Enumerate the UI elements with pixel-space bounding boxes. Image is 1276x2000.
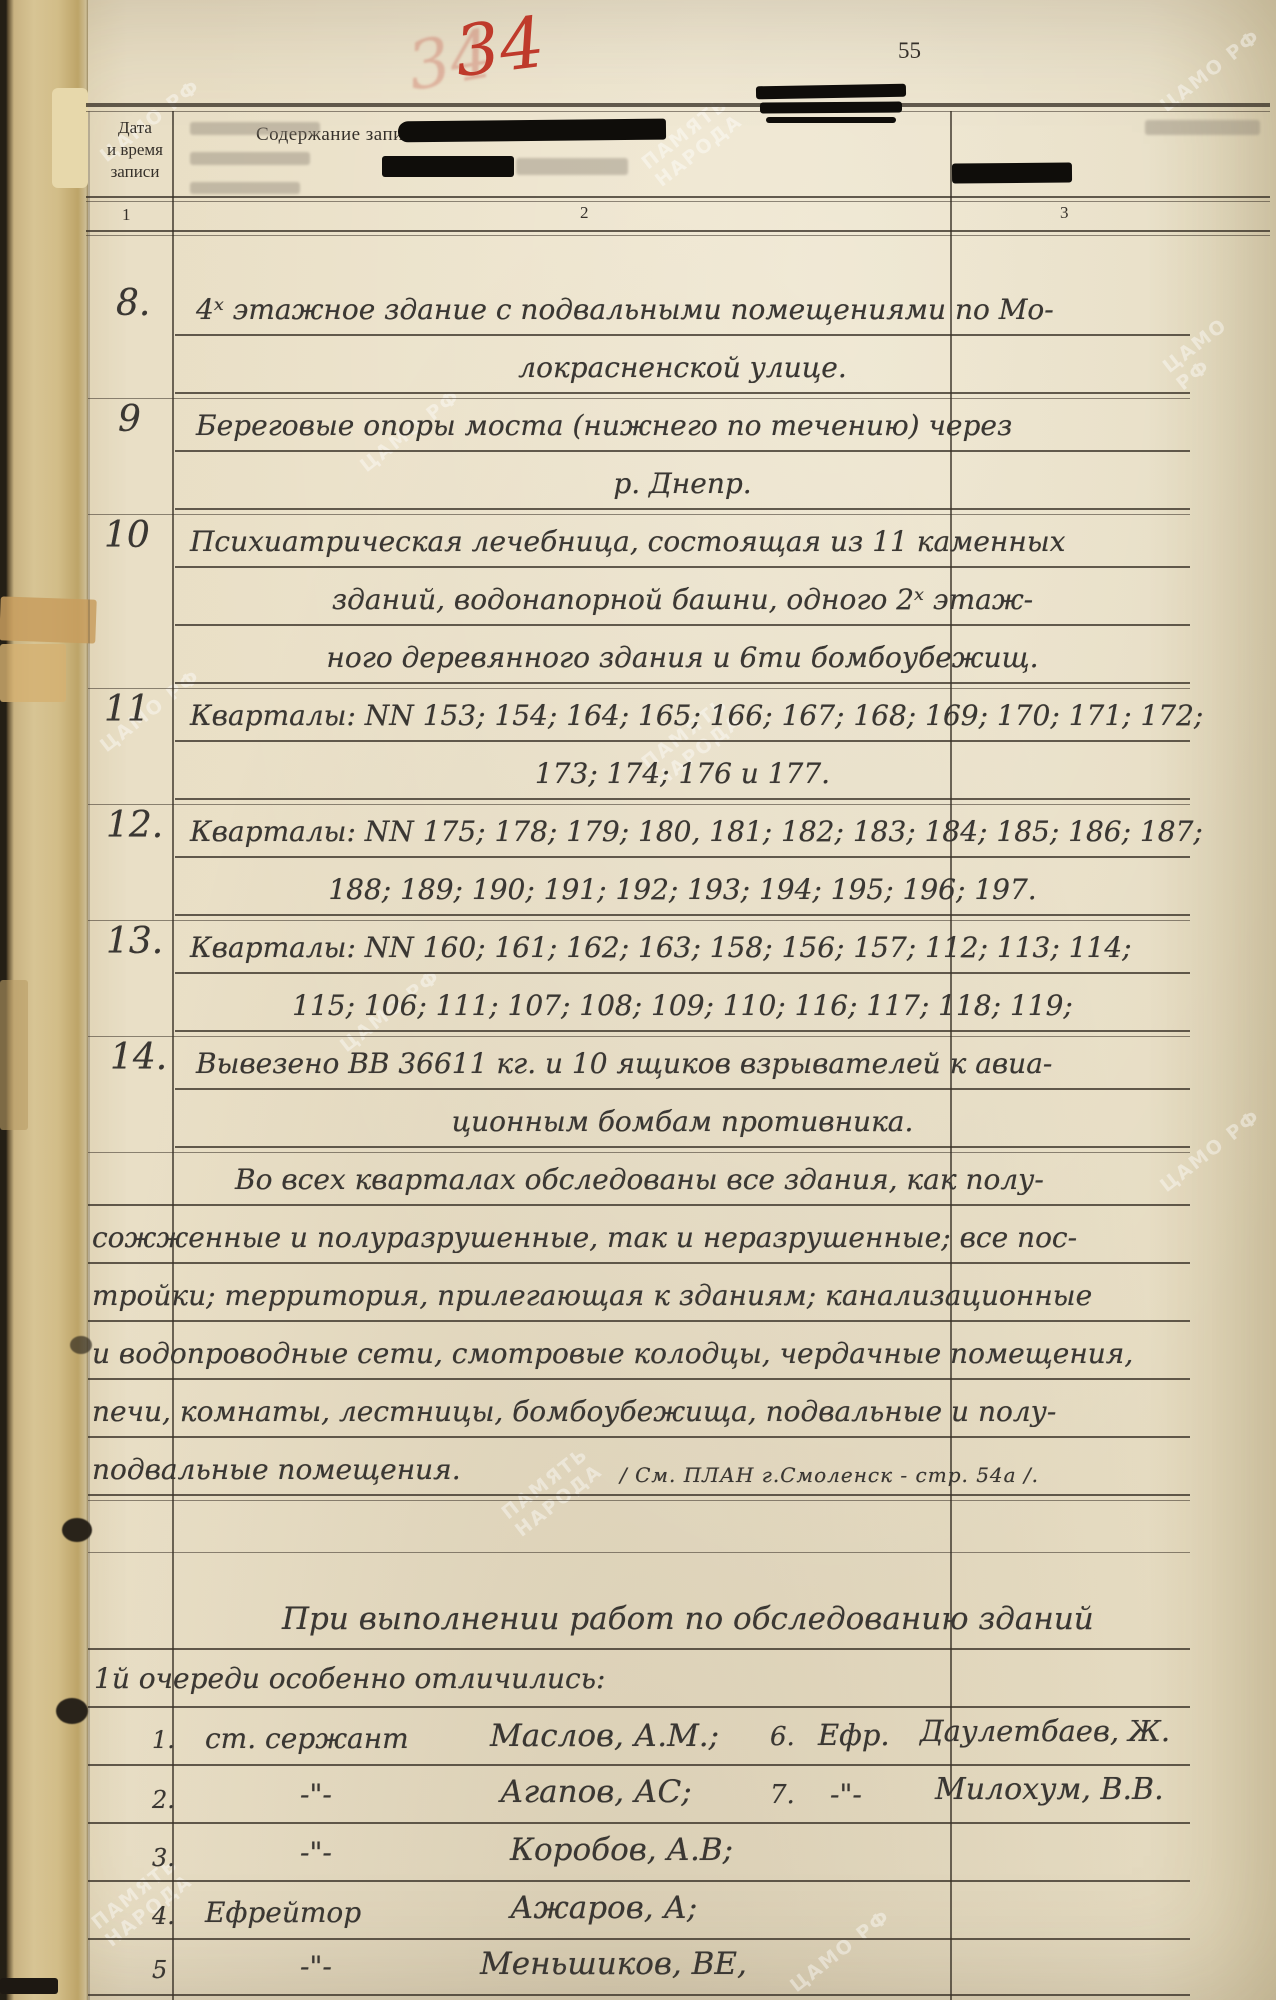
col1-header-line: записи: [98, 162, 172, 182]
rule-line: [88, 1994, 1190, 1996]
rule-line: [175, 914, 1190, 916]
roster-row-number: 7.: [770, 1780, 795, 1810]
entry-13-number: 13.: [106, 921, 163, 962]
redaction-bar: [398, 119, 666, 143]
rule-line: [88, 1436, 1190, 1438]
roster-rank-ditto: -"-: [300, 1836, 332, 1869]
entry-11-line-2: 173; 174; 176 и 177.: [175, 757, 1190, 790]
rule-line: [86, 196, 1270, 198]
closing-line-2: 1й очереди особенно отличились:: [94, 1662, 605, 1695]
rule-line: [88, 920, 1190, 921]
roster-name: Маслов, А.М.;: [490, 1718, 719, 1754]
rule-line: [175, 740, 1190, 742]
roster-rank: Ефр.: [818, 1718, 890, 1752]
punch-hole: [56, 1698, 88, 1724]
roster-row-number: 6.: [770, 1722, 795, 1752]
redaction-bar: [382, 156, 514, 177]
rule-line: [88, 1494, 1190, 1496]
rule-line: [175, 856, 1190, 858]
roster-rank: Ефрейтор: [205, 1896, 361, 1929]
entry-10-line-2: зданий, водонапорной башни, одного 2ˣ эт…: [175, 583, 1190, 616]
rule-line: [88, 1262, 1190, 1264]
redaction-bar: [760, 102, 902, 114]
roster-rank: ст. сержант: [205, 1722, 409, 1755]
tape-stain: [0, 596, 97, 643]
erased-smudge: [190, 152, 310, 165]
roster-name: Меньшиков, ВЕ,: [480, 1946, 747, 1982]
red-folio-number: 34: [450, 1, 548, 93]
column-number-1: 1: [122, 205, 131, 225]
entry-9-line-1: Береговые опоры моста (нижнего по течени…: [196, 409, 1012, 442]
entry-10-number: 10: [104, 515, 150, 556]
rule-line: [88, 1648, 1190, 1650]
rule-line: [88, 1500, 1190, 1501]
roster-rank-ditto: -"-: [300, 1950, 332, 1983]
rule-line: [88, 1320, 1190, 1322]
roster-name: Агапов, АС;: [500, 1774, 692, 1810]
rule-line: [88, 398, 1190, 399]
entry-8-number: 8.: [116, 283, 150, 324]
paragraph-line-4: и водопроводные сети, смотровые колодцы,…: [92, 1337, 1133, 1370]
entry-13-line-1: Кварталы: NN 160; 161; 162; 163; 158; 15…: [190, 931, 1132, 964]
rule-line: [175, 972, 1190, 974]
rule-line: [175, 334, 1190, 336]
rule-line: [88, 688, 1190, 689]
redaction-smudge: [1145, 120, 1260, 135]
roster-name: Даулетбаев, Ж.: [920, 1714, 1170, 1748]
entry-14-line-2: ционным бомбам противника.: [175, 1105, 1190, 1138]
rule-line: [175, 566, 1190, 568]
rule-line: [175, 1146, 1190, 1148]
rule-line: [175, 450, 1190, 452]
entry-9-number: 9: [118, 399, 141, 440]
roster-rank-ditto: -"-: [300, 1778, 332, 1811]
tape-stain: [0, 644, 66, 702]
entry-10-line-3: ного деревянного здания и 6ти бомбоубежи…: [175, 641, 1190, 674]
entry-11-line-1: Кварталы: NN 153; 154; 164; 165; 166; 16…: [190, 699, 1203, 732]
paragraph-line-6: подвальные помещения.: [92, 1453, 461, 1486]
entry-14-number: 14.: [110, 1037, 167, 1078]
entry-8-line-1: 4ˣ этажное здание с подвальными помещени…: [196, 293, 1054, 326]
paragraph-line-5: печи, комнаты, лестницы, бомбоубежища, п…: [92, 1395, 1056, 1428]
redaction-bar: [766, 117, 896, 123]
redaction-smudge: [516, 158, 628, 175]
entry-10-line-1: Психиатрическая лечебница, состоящая из …: [190, 525, 1065, 558]
watermark: ПАМЯТЬ НАРОДА: [638, 93, 747, 192]
rule-line: [88, 1822, 1190, 1824]
rule-line: [175, 624, 1190, 626]
rule-line: [86, 103, 1270, 107]
column-number-2: 2: [580, 203, 589, 223]
col1-header-line: Дата: [98, 118, 172, 138]
entry-12-line-2: 188; 189; 190; 191; 192; 193; 194; 195; …: [175, 873, 1190, 906]
plan-reference-note: / См. ПЛАН г.Смоленск - стр. 54а /.: [620, 1463, 1039, 1487]
roster-row-number: 4.: [152, 1902, 175, 1930]
roster-rank-ditto: -"-: [830, 1778, 862, 1811]
rule-line: [88, 1036, 1190, 1037]
roster-row-number: 3.: [152, 1844, 175, 1872]
rule-line: [175, 392, 1190, 394]
entry-11-number: 11: [104, 689, 150, 730]
erased-smudge: [190, 182, 300, 194]
roster-row-number: 2.: [152, 1786, 175, 1814]
rule-line: [88, 804, 1190, 805]
rule-line: [175, 798, 1190, 800]
rule-line: [86, 235, 1270, 236]
entry-12-line-1: Кварталы: NN 175; 178; 179; 180, 181; 18…: [190, 815, 1203, 848]
rule-line: [88, 1378, 1190, 1380]
rule-line: [88, 1152, 1190, 1153]
rule-line: [88, 1938, 1190, 1940]
rule-line: [175, 682, 1190, 684]
rule-line: [175, 1030, 1190, 1032]
roster-name: Коробов, А.В;: [510, 1832, 733, 1868]
entry-8-line-2: локрасненской улице.: [175, 351, 1190, 384]
rule-line: [86, 230, 1270, 232]
rule-line: [175, 508, 1190, 510]
paragraph-line-3: тройки; территория, прилегающая к здания…: [92, 1279, 1092, 1312]
edge-stain: [0, 980, 28, 1130]
page-number: 55: [898, 38, 921, 64]
roster-row-number: 1.: [152, 1726, 175, 1754]
column-divider: [172, 111, 174, 2000]
roster-row-number: 5: [152, 1956, 167, 1984]
rule-line: [88, 1764, 1190, 1766]
roster-name: Милохум, В.В.: [935, 1772, 1164, 1807]
rule-line: [175, 1088, 1190, 1090]
rule-line: [88, 514, 1190, 515]
column-number-3: 3: [1060, 203, 1069, 223]
rule-line: [88, 1880, 1190, 1882]
entry-9-line-2: р. Днепр.: [175, 467, 1190, 500]
table-left-border: [88, 111, 90, 2000]
rule-line: [88, 1204, 1190, 1206]
entry-14-line-1: Вывезено ВВ 36611 кг. и 10 ящиков взрыва…: [196, 1047, 1052, 1080]
redaction-bar: [952, 162, 1072, 183]
entry-13-line-2: 115; 106; 111; 107; 108; 109; 110; 116; …: [175, 989, 1190, 1022]
paragraph-line-1: Во всех кварталах обследованы все здания…: [235, 1163, 1044, 1196]
col1-header-line: и время: [98, 140, 172, 160]
closing-line-1: При выполнении работ по обследованию зда…: [282, 1601, 1094, 1637]
rule-line: [88, 1706, 1190, 1708]
redaction-bar: [756, 84, 906, 100]
entry-12-number: 12.: [106, 805, 163, 846]
paper-patch: [52, 88, 88, 188]
watermark: ПАМЯТЬ НАРОДА: [498, 1443, 607, 1542]
watermark: ЦАМО РФ: [786, 1905, 895, 1997]
watermark: ПАМЯТЬ НАРОДА: [88, 1853, 197, 1952]
edge-mark: [0, 1978, 58, 1994]
rule-line: [88, 1552, 1190, 1553]
archival-document-page: ЦАМО РФ ПАМЯТЬ НАРОДА ЦАМО РФ ЦАМО РФ ЦА…: [0, 0, 1276, 2000]
rule-line: [86, 111, 1270, 112]
roster-name: Ажаров, А;: [510, 1890, 697, 1926]
rule-line: [86, 201, 1270, 202]
paragraph-line-2: сожженные и полуразрушенные, так и нераз…: [92, 1221, 1077, 1254]
erased-smudge: [190, 122, 320, 135]
